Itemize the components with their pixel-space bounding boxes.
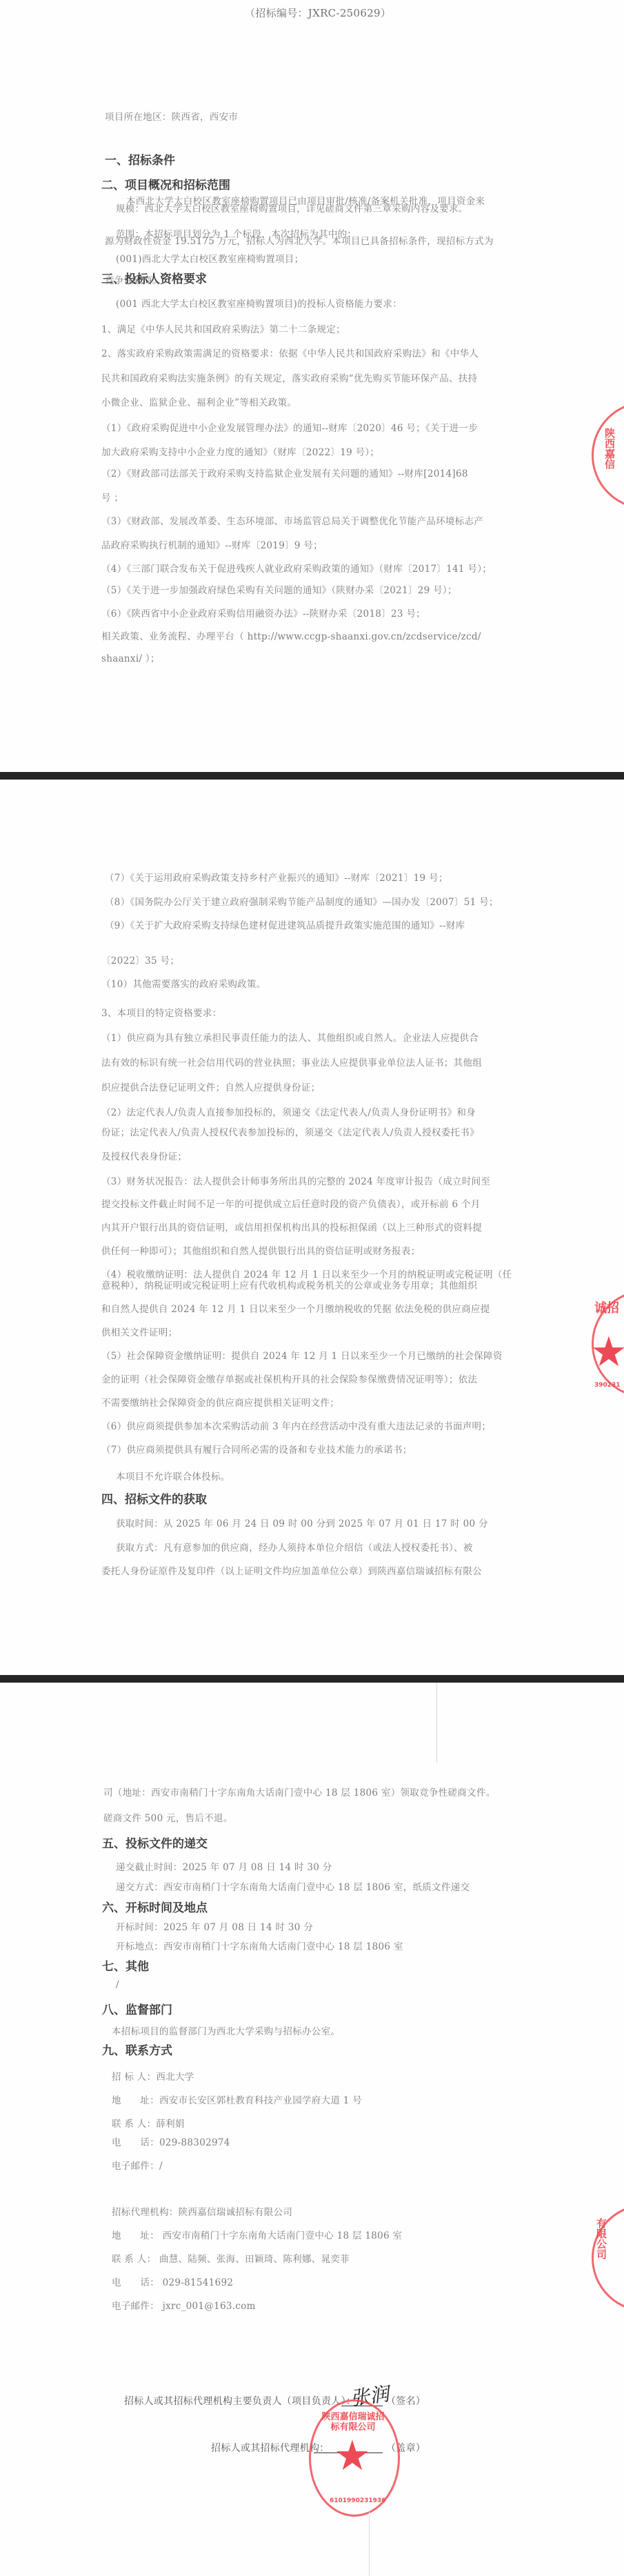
agency-email[interactable]: 电子邮件： jxrc_001@163.com: [112, 2300, 256, 2312]
agency-phone: 电 话： 029-81541692: [112, 2277, 233, 2289]
qualification-line: （3）财务状况报告：法人提供会计师事务所出具的完整的 2024 年度审计报告（成…: [101, 1176, 490, 1188]
page-separator: [0, 772, 624, 780]
acquisition-address: 司（地址：西安市南稍门十字东南角大话南门壹中心 18 层 1806 室）领取竞争…: [103, 1787, 496, 1799]
seal-text: 陕西嘉信: [603, 428, 617, 469]
qualification-line: 2、落实政府采购政策需满足的资格要求：依据《中华人民共和国政府采购法》和《中华人: [101, 348, 479, 360]
signature-suffix: （签名）: [386, 2395, 425, 2408]
qualification-line: 1、满足《中华人民共和国政府采购法》第二十二条规定；: [101, 324, 345, 336]
section-heading-4: 四、招标文件的获取: [101, 1492, 207, 1507]
page-1: （招标编号：JXRC-250629） 项目所在地区：陕西省，西安市 一、招标条件…: [0, 0, 624, 772]
tenderer-name: 招 标 人：西北大学: [112, 2071, 194, 2083]
qualification-line: 品政府采购执行机制的通知》--财库〔2019〕9 号；: [101, 539, 323, 552]
qualification-line: （7）《关于运用政府采购政策支持乡村产业振兴的通知》--财库〔2021〕19 号…: [105, 872, 448, 884]
qualification-line: （2）《财政部司法部关于政府采购支持监狱企业发展有关问题的通知》--财库[201…: [101, 468, 468, 480]
qualification-line: 意税种），纳税证明或完税证明上应有代收机构或税务机关的公章或业务专用章；其他组织: [101, 1280, 477, 1292]
qualification-line: 小微企业、监狱企业、福利企业”等相关政策。: [101, 397, 296, 409]
qualification-line: （5）社会保障资金缴纳证明：提供自 2024 年 12 月 1 日以来至少一个月…: [101, 1350, 503, 1363]
opening-location: 开标地点：西安市南稍门十字东南角大话南门壹中心 18 层 1806 室: [116, 1941, 403, 1953]
agency-contacts: 联 系 人： 曲慧、陆频、张海、田颖琦、陈利娜、晁奕菲: [112, 2253, 350, 2266]
qualification-line: （6）供应商须提供参加本次采购活动前 3 年内在经营活动中没有重大违法记录的书面…: [101, 1420, 491, 1433]
submission-method: 递交方式：西安市南稍门十字东南角大话南门壹中心 18 层 1806 室，纸质文件…: [116, 1881, 470, 1894]
qualification-line: （7）供应商须提供具有履行合同所必需的设备和专业技术能力的承诺书；: [101, 1444, 412, 1456]
qualification-line: （1）供应商为具有独立承担民事责任能力的法人、其他组织或自然人。企业法人应提供合: [101, 1032, 479, 1044]
seal-company-name: 陕西嘉信瑞诚招标有限公司: [319, 2412, 388, 2433]
qualification-line: 金的证明（社会保障资金缴存单据或社保机构开具的社会保险参保缴费情况证明等）；依法: [101, 1374, 477, 1386]
other-content: /: [116, 1979, 119, 1991]
seal-number: 390231: [594, 1382, 621, 1389]
fold-line: [436, 1683, 437, 1763]
qualification-line: 民共和国政府采购法实施条例》的有关规定，落实政府采购“优先购买节能环保产品、扶持: [101, 373, 477, 385]
qualification-line: （10）其他需要落实的政府采购政策。: [101, 978, 266, 991]
tender-number: （招标编号：JXRC-250629）: [245, 7, 391, 19]
acquisition-time: 获取时间：从 2025 年 06 月 24 日 09 时 00 分到 2025 …: [116, 1518, 488, 1530]
supervision-dept: 本招标项目的监督部门为西北大学采购与招标办公室。: [112, 2025, 340, 2038]
section-heading-2: 二、项目概况和招标范围: [101, 178, 230, 193]
qualification-line: 号 ；: [101, 492, 123, 504]
seal-text: 诚招: [594, 1298, 619, 1316]
tenderer-contact: 联 系 人：薛利娟: [112, 2118, 185, 2130]
qualification-line: 法有效的标识有统一社会信用代码的营业执照；事业法人应提供事业单位法人证书；其他组: [101, 1057, 482, 1069]
scope-lot: (001)西北大学太白校区教室座椅购置项目；: [116, 253, 303, 266]
qualification-line: （8）《国务院办公厅关于建立政府强制采购节能产品制度的通知》—国办发〔2007〕…: [105, 896, 499, 909]
qualification-line: 份证；法定代表人/负责人授权代表参加投标的，须递交《法定代表人/负责人授权委托书…: [101, 1127, 479, 1139]
document-fee: 磋商文件 500 元，售后不退。: [103, 1812, 233, 1825]
qualification-line: （4）《三部门联合发布关于促进残疾人就业政府采购政策的通知》（财库〔2017〕1…: [101, 563, 492, 575]
consortium-note: 本项目不允许联合体投标。: [116, 1471, 230, 1483]
qualification-line: 3、本项目的特定资格要求：: [101, 1007, 222, 1020]
section-heading-7: 七、其他: [102, 1959, 149, 1974]
page-separator: [0, 1675, 624, 1683]
submission-deadline: 递交截止时间：2025 年 07 月 08 日 14 时 30 分: [116, 1861, 332, 1874]
seal-text: 有限公司: [594, 2218, 609, 2259]
qualification-line: 供相关文件证明；: [101, 1327, 177, 1339]
section-heading-1: 一、招标条件: [105, 153, 175, 168]
qualification-line: 织应提供合法登记证明文件；自然人应提供身份证；: [101, 1082, 320, 1094]
section-heading-8: 八、监督部门: [102, 2003, 172, 2018]
qualification-line: 加大政府采购支持中小企业力度的通知》（财库〔2022〕19 号）；: [101, 446, 379, 459]
tenderer-address: 地 址：西安市长安区郭杜教育科技产业园学府大道 1 号: [112, 2094, 362, 2107]
scope-range: 范围：本招标项目划分为 1 个标段，本次招标为其中的：: [116, 228, 356, 241]
section-heading-5: 五、投标文件的递交: [102, 1836, 208, 1852]
acquisition-method: 获取方式：凡有意参加的供应商，经办人须持本单位介绍信（或法人授权委托书）、被: [116, 1542, 473, 1554]
qualification-line: （2）法定代表人/负责人直接参加投标的，须递交《法定代表人/负责人身份证明书》和…: [101, 1107, 476, 1119]
tenderer-phone: 电 话：029-88302974: [112, 2137, 230, 2149]
section-heading-3: 三、投标人资格要求: [101, 272, 207, 287]
qualification-line: (001 西北大学太白校区教室座椅购置项目)的投标人资格能力要求：: [116, 298, 402, 310]
qualification-line: 提交投标文件截止时间不足一年的可提供成立后任意时段的资产负债表），或开标前 6 …: [101, 1198, 481, 1211]
project-region: 项目所在地区：陕西省，西安市: [105, 111, 238, 123]
signature-label: 招标人或其招标代理机构主要负责人（项目负责人）：: [124, 2395, 356, 2408]
acquisition-method: 委托人身份证原件及复印件（以上证明文件均应加盖单位公章）到陕西嘉信瑞诚招标有限公: [101, 1565, 482, 1578]
qualification-line: （3）《财政部、发展改革委、生态环境部、市场监管总局关于调整优化节能产品环境标志…: [101, 515, 483, 528]
seal-star-icon: ★: [590, 1331, 624, 1373]
agency-address: 地 址： 西安市南稍门十字东南角大话南门壹中心 18 层 1806 室: [112, 2230, 402, 2242]
qualification-line: 不需要缴纳社会保障资金的供应商应提供相关证明文件；: [101, 1397, 339, 1409]
opening-time: 开标时间：2025 年 07 月 08 日 14 时 30 分: [116, 1921, 313, 1934]
agency-name: 招标代理机构：陕西嘉信瑞诚招标有限公司: [112, 2206, 292, 2219]
qualification-line: 及授权代表身份证；: [101, 1151, 187, 1163]
qualification-line: 和自然人提供自 2024 年 12 月 1 日以来至少一个月缴纳税收的凭据 依法…: [101, 1303, 490, 1316]
qualification-line: 〔2022〕35 号；: [101, 955, 179, 967]
policy-platform-link[interactable]: 相关政策、业务流程、办理平台（ http://www.ccgp-shaanxi.…: [101, 631, 481, 643]
qualification-line: 内其开户银行出具的资信证明，或信用担保机构出具的投标担保函（以上三种形式的资料提: [101, 1222, 482, 1234]
qualification-line: （9）《关于扩大政府采购支持绿色建材促进建筑品质提升政策实施范围的通知》--财库: [105, 920, 465, 932]
qualification-line: 供任何一种即可）；其他组织和自然人提供银行出具的资信证明或财务报表；: [101, 1245, 420, 1258]
tenderer-email: 电子邮件：/: [112, 2160, 163, 2172]
section-heading-9: 九、联系方式: [102, 2043, 172, 2059]
seal-number: 6101990231936: [330, 2497, 385, 2504]
seal-star-icon: ★: [334, 2435, 371, 2477]
qualification-line: （6）《陕西省中小企业政府采购信用融资办法》--陕财办采〔2018〕23 号；: [101, 608, 425, 620]
qualification-line: （5）《关于进一步加强政府绿色采购有关问题的通知》（陕财办采〔2021〕29 号…: [101, 584, 457, 597]
policy-platform-link[interactable]: shaanxi/ ）；: [101, 653, 160, 665]
section-heading-6: 六、开标时间及地点: [102, 1901, 208, 1916]
qualification-line: （1）《政府采购促进中小企业发展管理办法》的通知--财库〔2020〕46 号；《…: [101, 422, 478, 435]
fold-line: [369, 2511, 370, 2576]
scope-scale: 规模：西北大学太白校区教室座椅购置项目，详见磋商文件第三章采购内容及要求。: [116, 203, 468, 215]
